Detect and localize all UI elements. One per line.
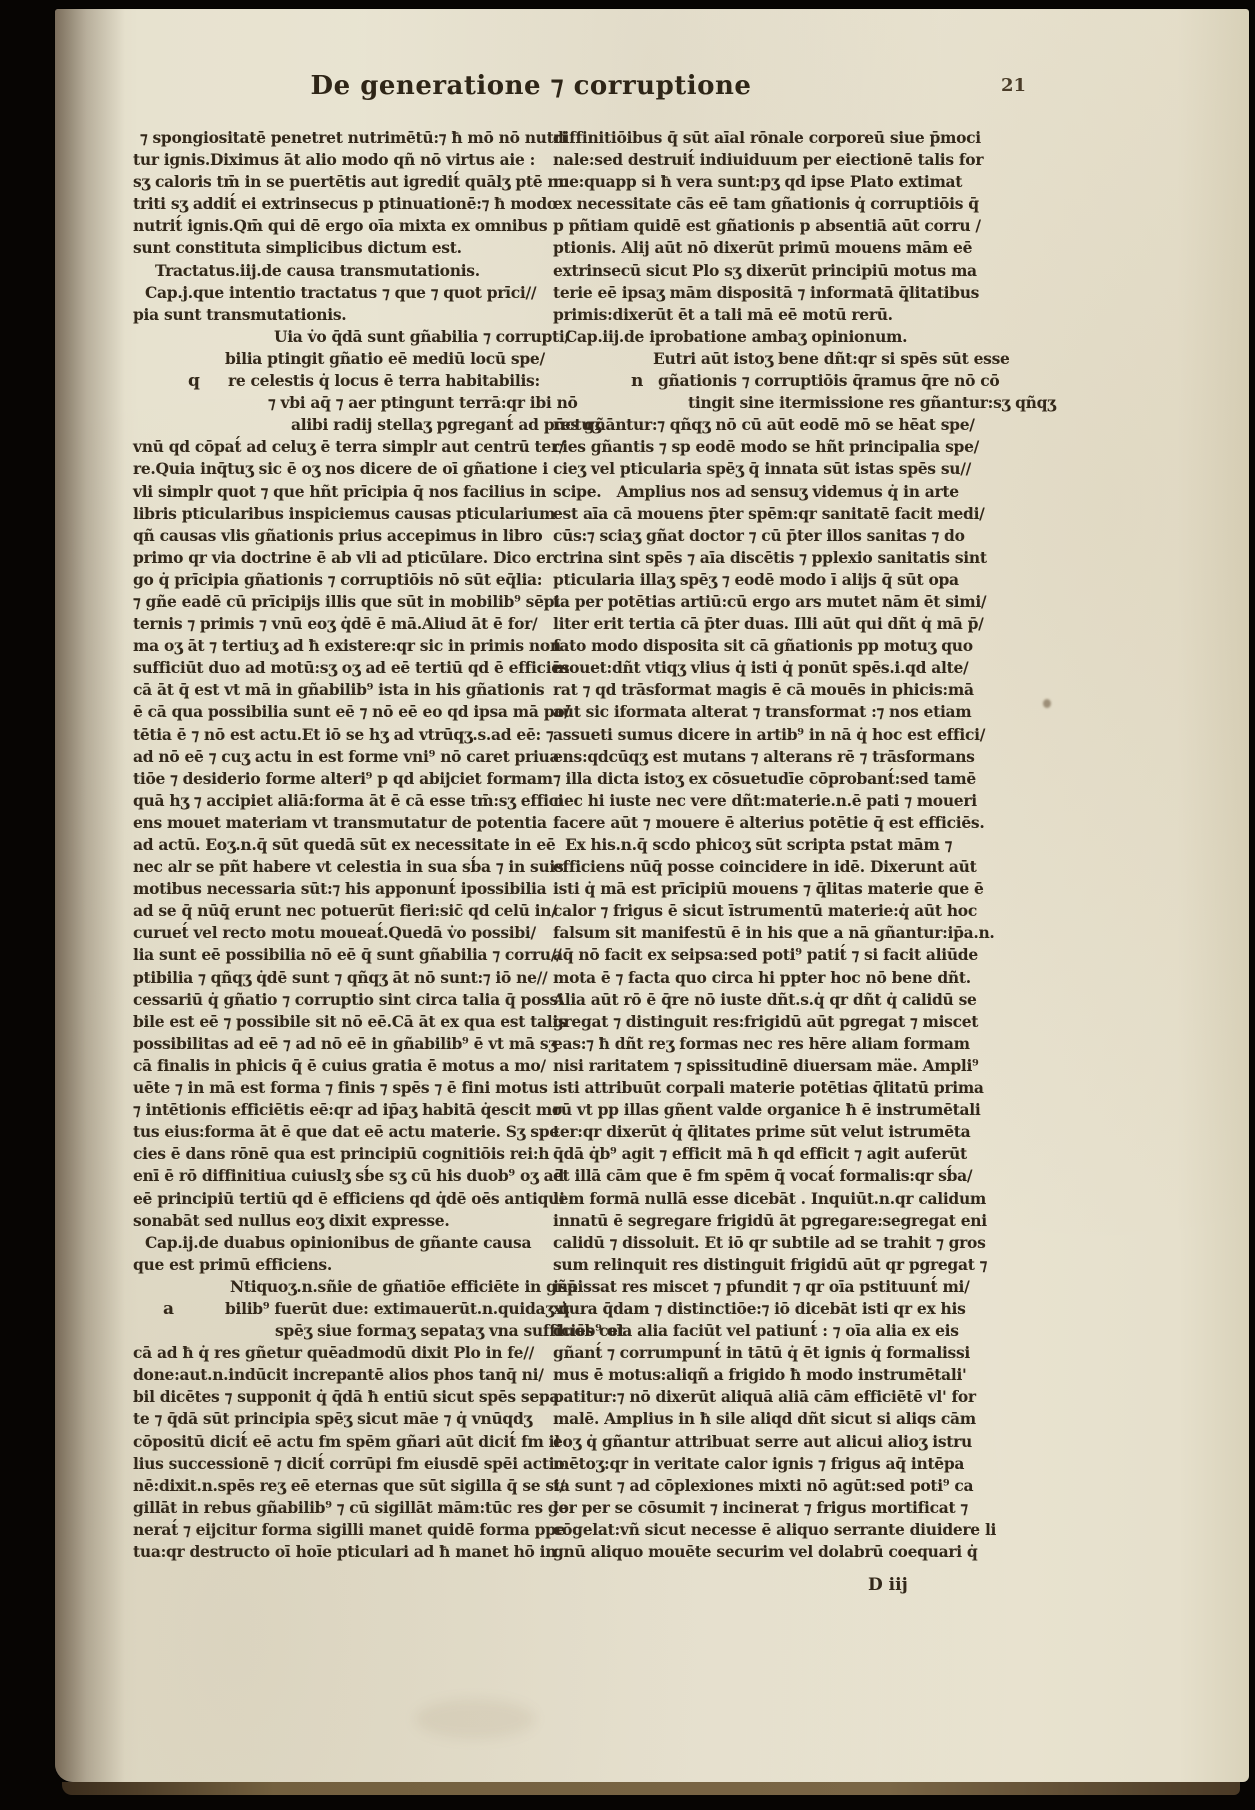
text-line: nisi raritatem ⁊ spissitudinē diuersam m… [553, 1055, 967, 1077]
text-line: sufficiūt duo ad motū:sʒ oʒ ad eē tertiū… [133, 657, 547, 679]
text-line: Ntiquoʒ.n.sñie de gñatiōe efficiēte in g… [133, 1276, 547, 1298]
text-line: done:aut.n.indūcit increpantē alios phos… [133, 1364, 547, 1386]
text-line: assueti sumus dicere in artib⁹ in nā q̇ … [553, 724, 967, 746]
text-line: ptionis. Alij aūt nō dixerūt primū mouen… [553, 237, 967, 259]
text-line: eas:⁊ ħ dñt reʒ formas nec res hēre alia… [553, 1033, 967, 1055]
text-line: ispissat res miscet ⁊ pfundit ⁊ qr oīa p… [553, 1276, 967, 1298]
text-line: cā ad ħ q̇ res gñetur quēadmodū dixit Pl… [133, 1342, 547, 1364]
text-line: ternis ⁊ primis ⁊ vnū eoʒ q̇dē ē mā.Aliu… [133, 613, 547, 635]
text-line: triti sʒ addit́ ei extrinsecus p ptinuat… [133, 193, 547, 215]
text-line: lius successionē ⁊ dicit́ corrūpi fm eiu… [133, 1453, 547, 1475]
text-line: que est primū efficiens. [133, 1254, 547, 1276]
text-line: alibi radij stellaʒ pgregant́ ad pūctuʒ [133, 414, 547, 436]
binding-gutter-shadow [55, 9, 125, 1782]
text-line: aq̄ nō facit ex seipsa:sed poti⁹ patit́ … [553, 944, 967, 966]
text-line: gillāt in rebus gñabilib⁹ ⁊ cū sigillāt … [133, 1497, 547, 1519]
text-line: ⁊ gñe eadē cū prīcipijs illis que sūt in… [133, 591, 547, 613]
text-line: aūt sic iformata alterat ⁊ transformat :… [553, 701, 967, 723]
text-line: bilib⁹ fuerūt due: extimauerūt.n.quidaʒ … [133, 1298, 547, 1320]
text-line: libris pticularibus inspiciemus causas p… [133, 503, 547, 525]
text-line: cessariū q̇ gñatio ⁊ corruptio sint circ… [133, 989, 547, 1011]
text-line: ma oʒ āt ⁊ tertiuʒ ad ħ existere:qr sic … [133, 635, 547, 657]
text-line: tus eius:forma āt ē que dat eē actu mate… [133, 1121, 547, 1143]
initial-guide-letter: a [163, 1298, 174, 1320]
paper-stain [415, 1699, 535, 1739]
text-line: go q̇ prīcipia gñationis ⁊ corruptiōis n… [133, 569, 547, 591]
text-line: liter erit tertia cā p̄ter duas. Illi aū… [553, 613, 967, 635]
text-line: quā hʒ ⁊ accipiet aliā:forma āt ē cā ess… [133, 790, 547, 812]
text-line: primo qr via doctrine ē ab vli ad pticūl… [133, 547, 547, 569]
text-line: bile est eē ⁊ possibile sit nō eē.Cā āt … [133, 1011, 547, 1033]
text-line: malē. Amplius in ħ sile aliqd dñt sicut … [553, 1408, 967, 1430]
text-line: spēʒ siue formaʒ sepataʒ vna sufficiēs c… [133, 1320, 547, 1342]
text-line: bil dicētes ⁊ supponit q̇ q̄dā ħ entiū s… [133, 1386, 547, 1408]
book-scan-page: { "page": { "header_title": "De generati… [0, 0, 1255, 1810]
text-line: cies gñantis ⁊ sp eodē modo se hñt princ… [553, 436, 967, 458]
text-line: cieʒ vel pticularia spēʒ q̄ innata sūt i… [553, 458, 967, 480]
text-line: ctrina sint spēs ⁊ aīa discētis ⁊ pplexi… [553, 547, 967, 569]
text-line: Eutri aūt istoʒ bene dñt:qr si spēs sūt … [553, 348, 967, 370]
text-line: mouet:dñt vtiqʒ vlius q̇ isti q̇ ponūt s… [553, 657, 967, 679]
text-line: enī ē rō diffinitiua cuiuslʒ sb́e sʒ cū … [133, 1165, 547, 1187]
text-line: Tractatus.iij.de causa transmutationis. [133, 260, 547, 282]
text-line: me:quapp si ħ vera sunt:pʒ qd ipse Plato… [553, 171, 967, 193]
text-line: eē principiū tertiū qd ē efficiens qd q̇… [133, 1188, 547, 1210]
text-line: cōgelat:vñ sicut necesse ē aliquo serran… [553, 1519, 967, 1541]
text-line: eoʒ q̇ gñantur attribuat serre aut alicu… [553, 1431, 967, 1453]
initial-guide-letter: q [188, 370, 200, 392]
text-line: fato modo disposita sit cā gñationis pp … [553, 635, 967, 657]
text-line: q̄dā q̇b⁹ agit ⁊ efficit mā ħ qd efficit… [553, 1143, 967, 1165]
text-line: ⁊ vbi aq̄ ⁊ aer ptingunt terrā:qr ibi nō [133, 392, 547, 414]
text-line: nutrit́ ignis.Qm̄ qui dē ergo oīa mixta … [133, 215, 547, 237]
text-line: vnū qd cōpat́ ad celuʒ ē terra simplr au… [133, 436, 547, 458]
text-line: duob⁹ oīa alia faciūt vel patiunt́ : ⁊ o… [553, 1320, 967, 1342]
paper-page: De generatione ⁊ corruptione 21 ⁊ spongi… [55, 9, 1249, 1782]
text-line: nē:dixit.n.spēs reʒ eē eternas que sūt s… [133, 1475, 547, 1497]
text-line: isti attribuūt corpali materie potētias … [553, 1077, 967, 1099]
text-line: pticularia illaʒ spēʒ ⁊ eodē modo ī alij… [553, 569, 967, 591]
text-line: cā āt q̄ est vt mā in gñabilib⁹ ista in … [133, 679, 547, 701]
text-line: rat ⁊ qd trāsformat magis ē cā mouēs in … [553, 679, 967, 701]
text-line: possibilitas ad eē ⁊ ad nō eē in gñabili… [133, 1033, 547, 1055]
text-line: mētoʒ:qr in veritate calor ignis ⁊ frigu… [553, 1453, 967, 1475]
text-line: ta per potētias artiū:cū ergo ars mutet … [553, 591, 967, 613]
text-line: mota ē ⁊ facta quo circa hi ppter hoc nō… [553, 967, 967, 989]
text-line: gnū aliquo mouēte securim vel dolabrū co… [553, 1541, 967, 1563]
text-line: sonabāt sed nullus eoʒ dixit expresse. [133, 1210, 547, 1232]
text-line: ex necessitate cās eē tam gñationis q̇ c… [553, 193, 967, 215]
text-line: efficiens nūq̄ posse coincidere in idē. … [553, 856, 967, 878]
text-line: falsum sit manifestū ē in his que a nā g… [553, 922, 967, 944]
text-line: patitur:⁊ nō dixerūt aliquā aliā cām eff… [553, 1386, 967, 1408]
text-line: Ex his.n.q̄ scdo phicoʒ sūt scripta psta… [553, 834, 967, 856]
text-line: nale:sed destruit́ indiuiduum per eiecti… [553, 149, 967, 171]
text-line: ens:qdcūqʒ est mutans ⁊ alterans rē ⁊ tr… [553, 746, 967, 768]
text-line: qñ causas vlis gñationis prius accepimus… [133, 525, 547, 547]
text-line: ⁊ intētionis efficiētis eē:qr ad ip̄aʒ h… [133, 1099, 547, 1121]
folio-number: 21 [1001, 75, 1041, 96]
text-line: gñationis ⁊ corruptiōis q̄ramus q̄re nō … [553, 370, 967, 392]
text-line: sʒ caloris tm̄ in se puertētis aut igred… [133, 171, 547, 193]
text-line: tur ignis.Diximus āt alio modo qñ nō vir… [133, 149, 547, 171]
text-line: Cap.j.que intentio tractatus ⁊ que ⁊ quo… [133, 282, 547, 304]
text-line: isti q̇ mā est prīcipiū mouens ⁊ q̄litas… [553, 878, 967, 900]
text-line: ta sunt ⁊ ad cōplexiones mixti nō agūt:s… [553, 1475, 967, 1497]
signature-mark: D iij [868, 1575, 908, 1595]
text-line: ad actū. Eoʒ.n.q̄ sūt quedā sūt ex neces… [133, 834, 547, 856]
text-line: nec alr se pñt habere vt celestia in sua… [133, 856, 547, 878]
text-line: extrinsecū sicut Plo sʒ dixerūt principi… [553, 260, 967, 282]
text-line: gñant́ ⁊ corrumpunt́ in tātū q̇ ēt ignis… [553, 1342, 967, 1364]
text-line: lem formā nullā esse dicebāt . Inquiūt.n… [553, 1188, 967, 1210]
text-line: diffinitiōibus q̄ sūt aīal rōnale corpor… [553, 127, 967, 149]
text-line: uēte ⁊ in mā est forma ⁊ finis ⁊ spēs ⁊ … [133, 1077, 547, 1099]
text-line: innatū ē segregare frigidū āt pgregare:s… [553, 1210, 967, 1232]
text-line: re.Quia inq̄tuʒ sic ē oʒ nos dicere de o… [133, 458, 547, 480]
text-line: ad se q̄ nūq̄ erunt nec potuerūt fieri:s… [133, 900, 547, 922]
text-line: lia sunt eē possibilia nō eē q̄ sunt gña… [133, 944, 547, 966]
text-line: ⁊ illa dicta istoʒ ex cōsuetudīe cōproba… [553, 768, 967, 790]
text-line: te ⁊ q̄dā sūt principia spēʒ sicut māe ⁊… [133, 1408, 547, 1430]
initial-guide-letter: n [631, 370, 643, 392]
text-line: ⁊ spongiositatē penetret nutrimētū:⁊ ħ m… [133, 127, 547, 149]
text-line: ēt illā cām que ē fm spēm q̄ vocat́ form… [553, 1165, 967, 1187]
text-line: nerat́ ⁊ eijcitur forma sigilli manet qu… [133, 1519, 547, 1541]
text-line: tētia ē ⁊ nō est actu.Et iō se hʒ ad vtr… [133, 724, 547, 746]
text-line: Alia aūt rō ē q̄re nō iuste dñt.s.q̇ qr … [553, 989, 967, 1011]
text-line: motibus necessaria sūt:⁊ his apponunt́ i… [133, 878, 547, 900]
text-line: res gñāntur:⁊ qñqʒ nō cū aūt eodē mō se … [553, 414, 967, 436]
text-line: gregat ⁊ distinguit res:frigidū aūt pgre… [553, 1011, 967, 1033]
text-line: lor per se cōsumit ⁊ incinerat ⁊ frigus … [553, 1497, 967, 1519]
text-line: p pñtiam quidē est gñationis p absentiā … [553, 215, 967, 237]
text-line: pia sunt transmutationis. [133, 304, 547, 326]
text-line: mus ē motus:aliqñ a frigido ħ modo instr… [553, 1364, 967, 1386]
text-line: tingit sine itermissione res gñantur:sʒ … [553, 392, 967, 414]
text-column-right: diffinitiōibus q̄ sūt aīal rōnale corpor… [553, 127, 967, 1563]
text-line: cōpositū dicit́ eē actu fm spēm gñari aū… [133, 1431, 547, 1453]
text-line: ter:qr dixerūt q̇ q̄litates prime sūt ve… [553, 1121, 967, 1143]
text-line: primis:dixerūt ēt a tali mā eē motū rerū… [553, 304, 967, 326]
text-line: Cap.ij.de duabus opinionibus de gñante c… [133, 1232, 547, 1254]
text-line: vli simplr quot ⁊ que hñt prīcipia q̄ no… [133, 481, 547, 503]
text-line: calidū ⁊ dissoluit. Et iō qr subtile ad … [553, 1232, 967, 1254]
text-line: ptibilia ⁊ qñqʒ q̇dē sunt ⁊ qñqʒ āt nō s… [133, 967, 547, 989]
text-line: sum relinquit res distinguit frigidū aūt… [553, 1254, 967, 1276]
text-line: scipe. Amplius nos ad sensuʒ videmus q̇ … [553, 481, 967, 503]
text-line: terie eē ipsaʒ mām dispositā ⁊ informatā… [553, 282, 967, 304]
text-column-left: ⁊ spongiositatē penetret nutrimētū:⁊ ħ m… [133, 127, 547, 1563]
paper-stain [1043, 699, 1051, 708]
text-line: cā finalis in phicis q̄ ē cuius gratia ē… [133, 1055, 547, 1077]
text-line: curuet́ vel recto motu moueat́.Quedā v̇o… [133, 922, 547, 944]
text-line: tiōe ⁊ desiderio forme alteri⁹ p qd abij… [133, 768, 547, 790]
text-line: Uia v̇o q̄dā sunt gñabilia ⁊ corrupti/ [133, 326, 547, 348]
text-line: rū vt pp illas gñent valde organice ħ ē … [553, 1099, 967, 1121]
text-line: cūs:⁊ sciaʒ gñat doctor ⁊ cū p̄ter illos… [553, 525, 967, 547]
text-line: xtura q̄dam ⁊ distinctiōe:⁊ iō dicebāt i… [553, 1298, 967, 1320]
text-line: sunt constituta simplicibus dictum est. [133, 237, 547, 259]
text-line: ens mouet materiam vt transmutatur de po… [133, 812, 547, 834]
text-line: est aīa cā mouens p̄ter spēm:qr sanitatē… [553, 503, 967, 525]
text-line: cies ē dans rōnē qua est principiū cogni… [133, 1143, 547, 1165]
text-line: nec hi iuste nec vere dñt:materie.n.ē pa… [553, 790, 967, 812]
text-line: ē cā qua possibilia sunt eē ⁊ nō eē eo q… [133, 701, 547, 723]
text-line: calor ⁊ frigus ē sicut īstrumentū materi… [553, 900, 967, 922]
text-line: Cap.iij.de iprobatione ambaʒ opinionum. [553, 326, 967, 348]
text-line: ad nō eē ⁊ cuʒ actu in est forme vni⁹ nō… [133, 746, 547, 768]
text-line: facere aūt ⁊ mouere ē alterius potētie q… [553, 812, 967, 834]
page-block-edge [62, 1782, 1240, 1795]
text-line: bilia ptingit gñatio eē mediū locū spe/ [133, 348, 547, 370]
text-line: tua:qr destructo oī hoīe pticulari ad ħ … [133, 1541, 547, 1563]
running-header: De generatione ⁊ corruptione [281, 71, 781, 101]
